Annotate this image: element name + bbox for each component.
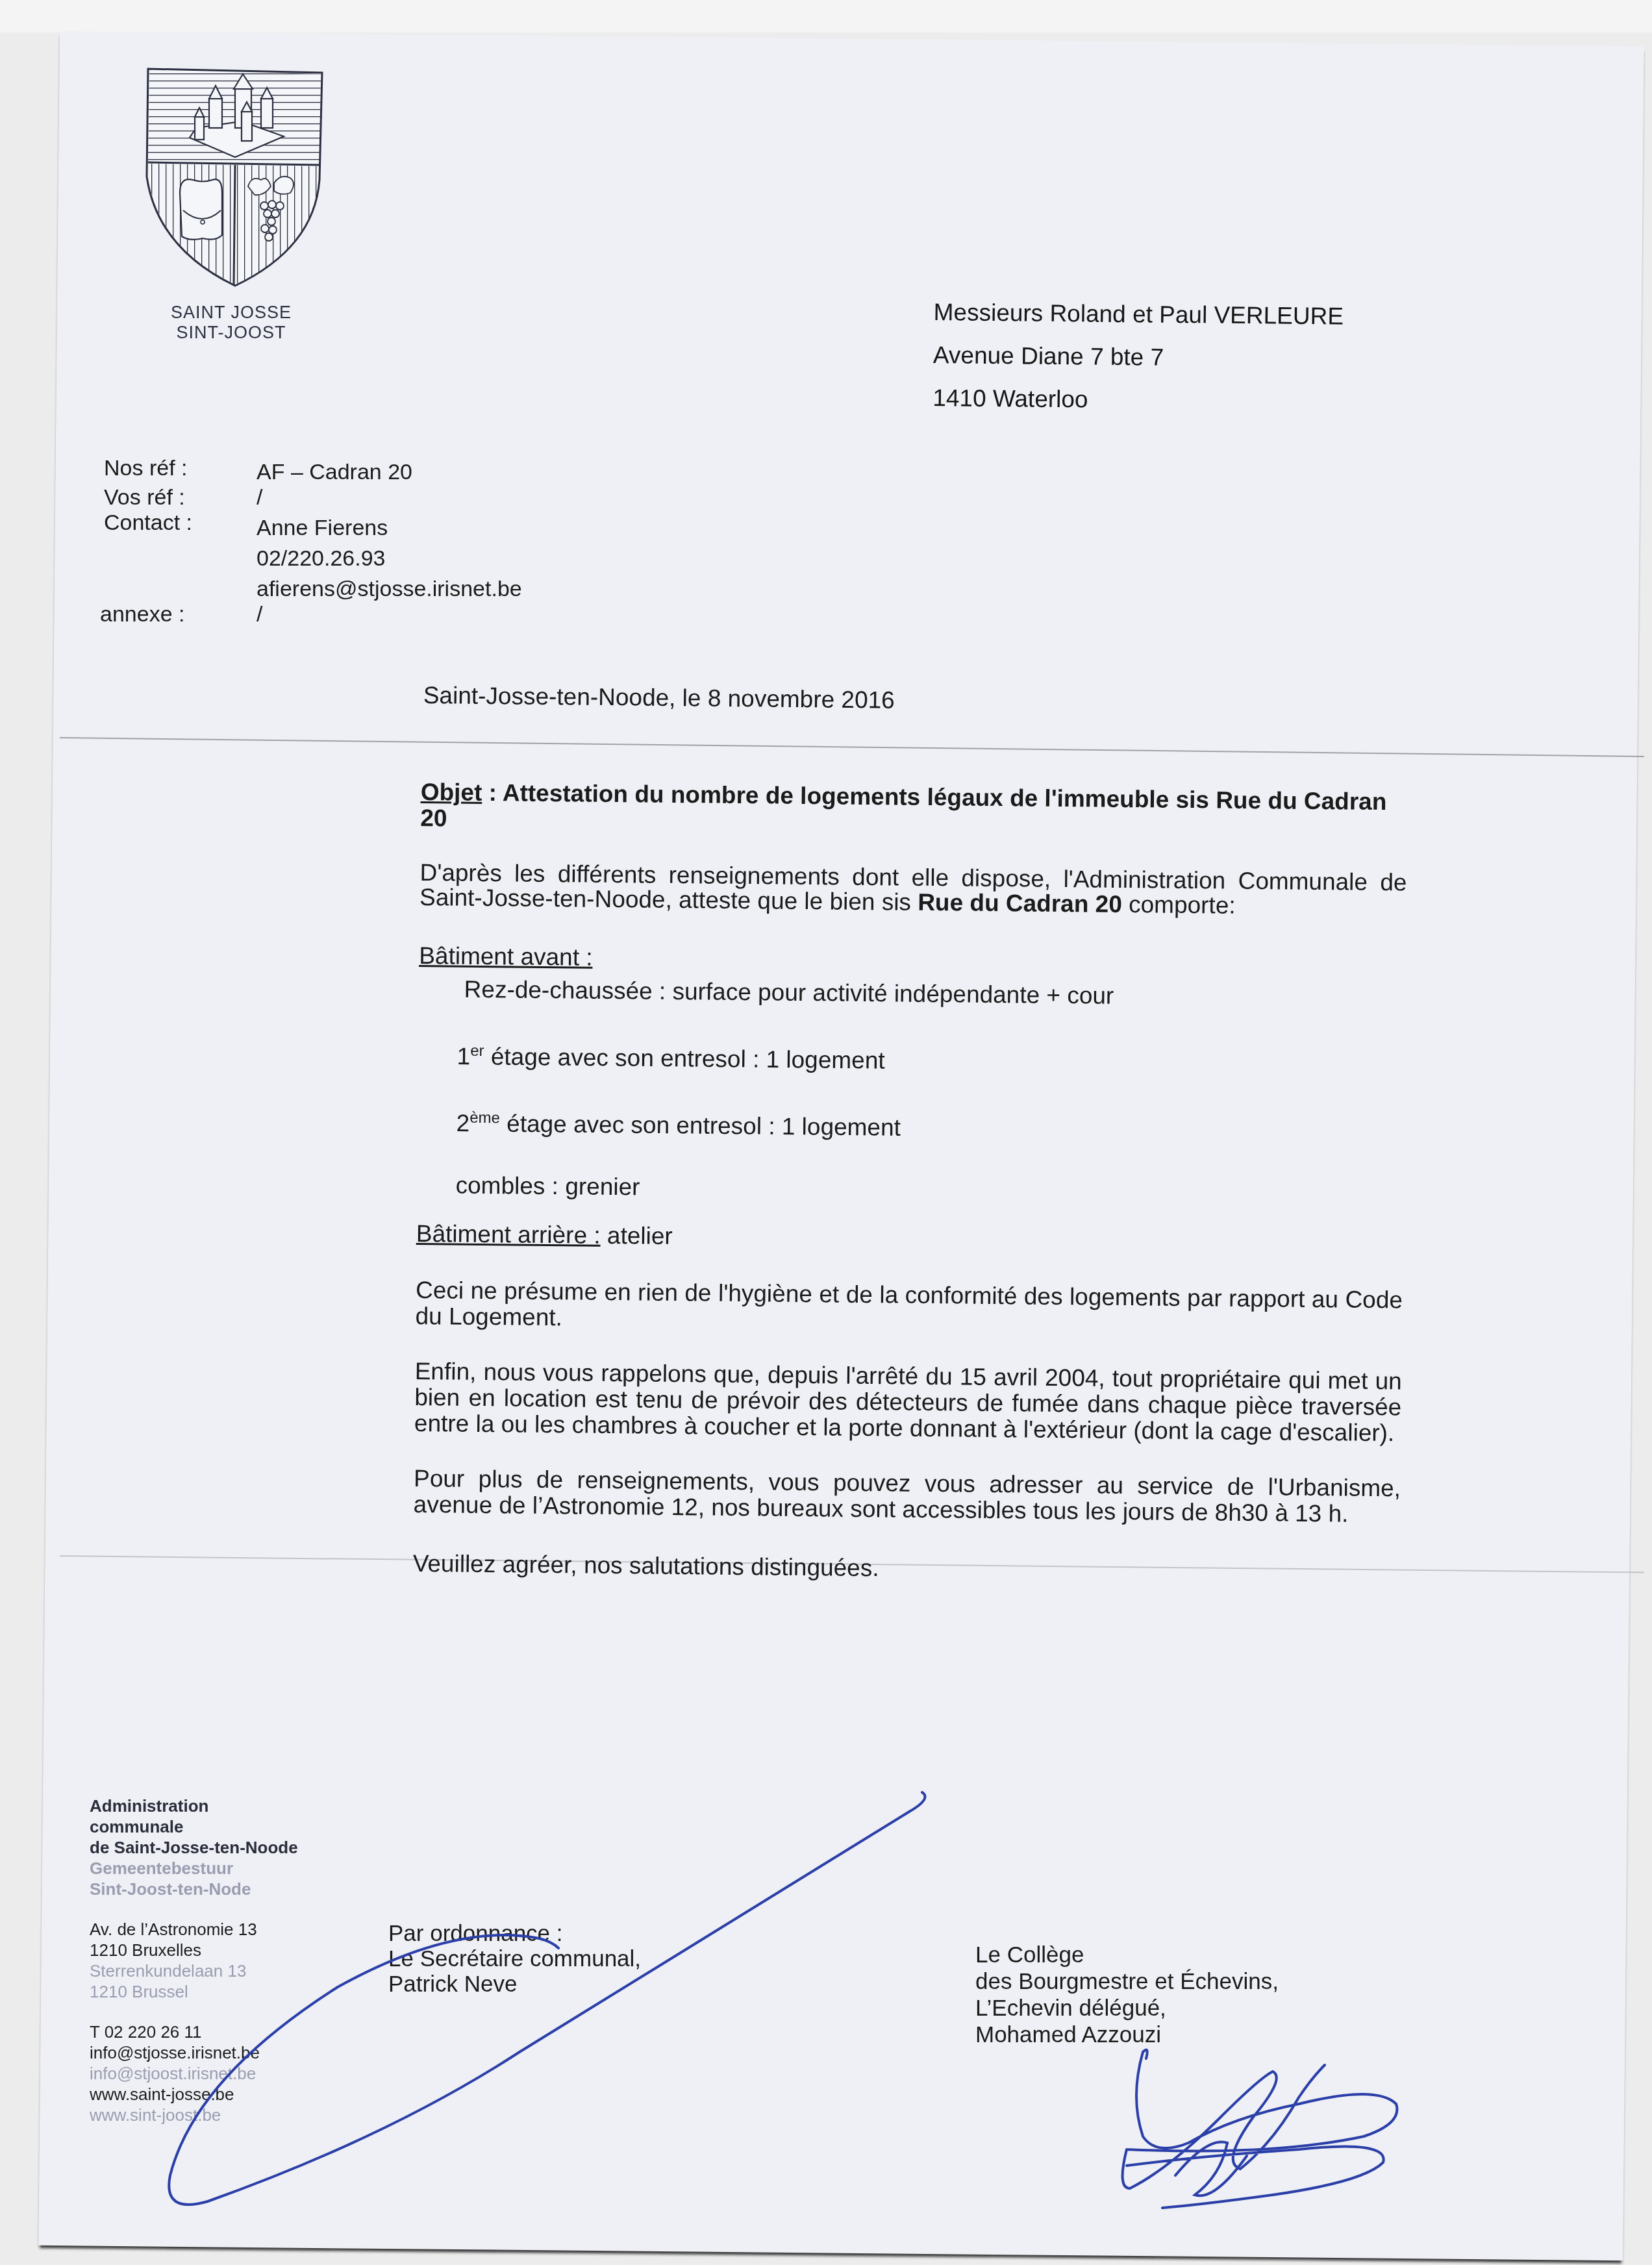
sender-block: Administration communale de Saint-Josse-… bbox=[90, 1796, 298, 2125]
recipient-street: Avenue Diane 7 bte 7 bbox=[933, 334, 1344, 381]
municipality-name: SAINT JOSSE SINT-JOOST bbox=[153, 303, 309, 343]
subject-label: Objet bbox=[421, 779, 482, 806]
college-label: Le Collège bbox=[975, 1942, 1279, 1968]
college-title: des Bourgmestre et Échevins, bbox=[975, 1968, 1279, 1995]
address-nl-city: 1210 Brussel bbox=[90, 1981, 298, 2002]
coat-of-arms-icon bbox=[144, 66, 326, 287]
recipient-address: Messieurs Roland et Paul VERLEURE Avenue… bbox=[932, 291, 1344, 424]
front-building-heading: Bâtiment avant : bbox=[419, 942, 593, 971]
address-fr-street: Av. de l’Astronomie 13 bbox=[90, 1919, 298, 1940]
front-building-label: Bâtiment avant : bbox=[419, 941, 1406, 980]
front-building-list: Rez-de-chaussée : surface pour activité … bbox=[416, 974, 1405, 1209]
intro-paragraph: D'après les différents renseignements do… bbox=[419, 860, 1407, 920]
rear-building-value: atelier bbox=[600, 1221, 672, 1249]
annexe-value: / bbox=[257, 602, 262, 627]
recipient-city: 1410 Waterloo bbox=[932, 377, 1343, 424]
smoke-detector-paragraph: Enfin, nous vous rappelons que, depuis l… bbox=[414, 1358, 1402, 1446]
admin-line2: communale bbox=[90, 1816, 298, 1837]
floor-description: Rez-de-chaussée : surface pour activité … bbox=[464, 976, 1114, 1009]
alderman-title: L’Echevin délégué, bbox=[975, 1995, 1279, 2021]
secretary-name: Patrick Neve bbox=[388, 1971, 641, 1997]
intro-end: comporte: bbox=[1122, 891, 1236, 919]
front-building-item: 2ème étage avec son entresol : 1 logemen… bbox=[417, 1103, 1404, 1147]
nos-ref-label: Nos réf : bbox=[104, 456, 257, 485]
nos-ref-value: AF – Cadran 20 bbox=[257, 460, 412, 485]
front-building-item: Rez-de-chaussée : surface pour activité … bbox=[419, 974, 1406, 1013]
email-fr: info@stjosse.irisnet.be bbox=[90, 2042, 298, 2063]
secretary-title: Le Secrétaire communal, bbox=[388, 1946, 641, 1971]
hygiene-paragraph: Ceci ne présume en rien de l'hygiène et … bbox=[415, 1277, 1403, 1339]
date-line: Saint-Josse-ten-Noode, le 8 novembre 201… bbox=[423, 682, 895, 714]
admin-nl-line2: Sint-Joost-ten-Node bbox=[90, 1879, 298, 1899]
intro-text: D'après les différents renseignements do… bbox=[419, 859, 1407, 916]
municipality-nl: SINT-JOOST bbox=[153, 323, 309, 343]
intro-address: Rue du Cadran 20 bbox=[918, 889, 1122, 918]
subject-text: : Attestation du nombre de logements lég… bbox=[420, 779, 1386, 831]
floor-suffix: er bbox=[470, 1042, 484, 1060]
rear-building: Bâtiment arrière : atelier bbox=[416, 1219, 1403, 1258]
contact-name: Anne Fierens bbox=[257, 516, 388, 541]
admin-line3: de Saint-Josse-ten-Noode bbox=[90, 1837, 298, 1858]
subject-line: Objet : Attestation du nombre de logemen… bbox=[420, 779, 1408, 841]
alderman-signatory: Le Collège des Bourgmestre et Échevins, … bbox=[975, 1942, 1279, 2048]
vos-ref-value: / bbox=[257, 485, 262, 510]
info-paragraph: Pour plus de renseignements, vous pouvez… bbox=[413, 1466, 1401, 1527]
by-order-label: Par ordonnance : bbox=[388, 1921, 641, 1946]
contact-phone: 02/220.26.93 bbox=[257, 546, 386, 571]
front-building-item: combles : grenier bbox=[416, 1170, 1403, 1209]
front-building-item: 1er étage avec son entresol : 1 logement bbox=[418, 1036, 1405, 1081]
floor-suffix: ème bbox=[469, 1109, 500, 1127]
alderman-name: Mohamed Azzouzi bbox=[975, 2021, 1279, 2048]
floor-description: étage avec son entresol : 1 logement bbox=[484, 1043, 884, 1073]
website-nl: www.sint-joost.be bbox=[90, 2105, 298, 2125]
letter-body: Objet : Attestation du nombre de logemen… bbox=[413, 779, 1408, 1588]
annexe-label: annexe : bbox=[100, 602, 257, 627]
recipient-name: Messieurs Roland et Paul VERLEURE bbox=[933, 291, 1344, 338]
reference-block: Nos réf :AF – Cadran 20 Vos réf :/ Conta… bbox=[104, 456, 522, 627]
rear-building-label: Bâtiment arrière : bbox=[416, 1220, 601, 1249]
contact-label: Contact : bbox=[104, 510, 257, 541]
email-nl: info@stjoost.irisnet.be bbox=[90, 2063, 298, 2084]
admin-line1: Administration bbox=[90, 1796, 298, 1816]
address-nl-street: Sterrenkundelaan 13 bbox=[90, 1960, 298, 1981]
floor-description: combles : grenier bbox=[455, 1171, 640, 1200]
secretary-signatory: Par ordonnance : Le Secrétaire communal,… bbox=[388, 1921, 641, 1997]
website-fr: www.saint-josse.be bbox=[90, 2084, 298, 2105]
phone: T 02 220 26 11 bbox=[90, 2021, 298, 2042]
municipality-fr: SAINT JOSSE bbox=[153, 303, 309, 323]
address-fr-city: 1210 Bruxelles bbox=[90, 1940, 298, 1960]
scanner-top-strip bbox=[0, 0, 1652, 32]
vos-ref-label: Vos réf : bbox=[104, 485, 257, 510]
floor-description: étage avec son entresol : 1 logement bbox=[500, 1110, 901, 1141]
contact-email: afierens@stjosse.irisnet.be bbox=[257, 577, 522, 602]
floor-number: 1 bbox=[457, 1043, 470, 1070]
admin-nl-line1: Gemeentebestuur bbox=[90, 1858, 298, 1879]
floor-number: 2 bbox=[456, 1110, 469, 1136]
